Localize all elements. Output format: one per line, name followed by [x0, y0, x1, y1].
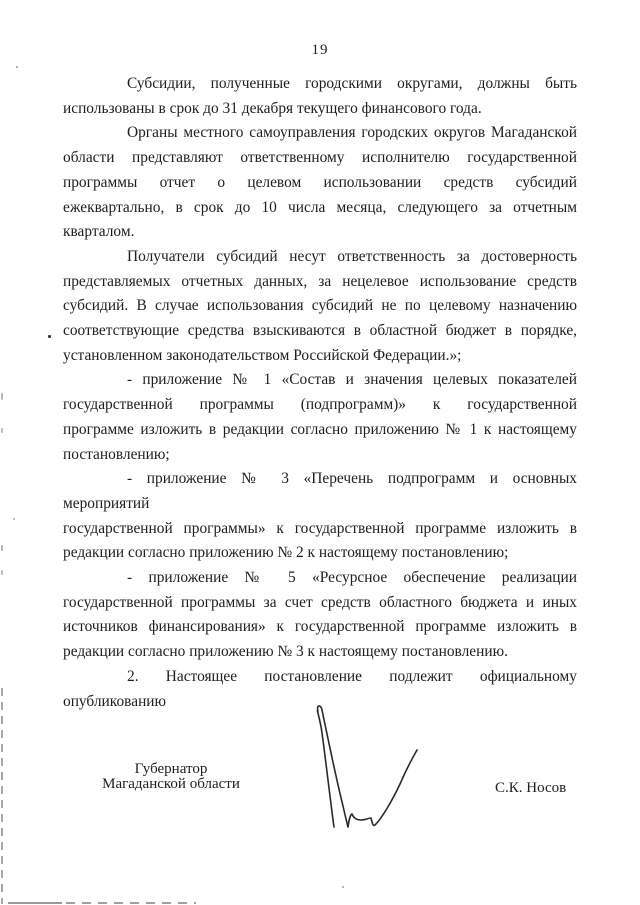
signatory-title: Губернатор Магаданской области — [91, 762, 251, 791]
signatory-title-line2: Магаданской области — [91, 777, 251, 792]
paragraph-line: государственной программы (подпрограмм)»… — [63, 393, 577, 418]
signatory-name: С.К. Носов — [495, 780, 566, 796]
scan-artifact-speck — [48, 335, 51, 338]
paragraph-line: постановлению; — [63, 443, 577, 468]
paragraph-line: - приложение № 3 «Перечень подпрограмм и… — [63, 467, 577, 516]
paragraph-line: установленном законодательством Российск… — [63, 344, 577, 369]
page-number: 19 — [0, 42, 640, 59]
scan-artifact-speck — [1, 570, 3, 575]
document-page: 19 Субсидии, полученные городскими округ… — [0, 0, 640, 905]
paragraph-line: кварталом. — [63, 220, 577, 245]
paragraph-line: - приложение № 5 «Ресурсное обеспечение … — [63, 566, 577, 591]
document-body: Субсидии, полученные городскими округами… — [63, 72, 577, 714]
paragraph-line: государственной программы за счет средст… — [63, 591, 577, 616]
scan-artifact-speck — [1, 393, 3, 400]
paragraph-line: субсидий. В случае использования субсиди… — [63, 294, 577, 319]
paragraph-line: программы отчет о целевом использовании … — [63, 171, 577, 196]
scan-artifact-speck — [342, 886, 344, 888]
scan-artifact-speck — [1, 428, 3, 433]
scan-artifact-bottom-line — [8, 902, 62, 904]
paragraph-line: Субсидии, полученные городскими округами… — [63, 72, 577, 97]
paragraph-line: 2. Настоящее постановление подлежит офиц… — [63, 665, 577, 690]
scan-artifact-speck — [16, 66, 18, 68]
paragraph-line: редакции согласно приложению № 2 к насто… — [63, 541, 577, 566]
scan-artifact-left-edge-line — [1, 688, 3, 904]
paragraph-line: Получатели субсидий несут ответственност… — [63, 245, 577, 270]
scan-artifact-speck — [1, 545, 3, 551]
paragraph-line: области представляют ответственному испо… — [63, 146, 577, 171]
paragraph-line: программе изложить в редакции согласно п… — [63, 418, 577, 443]
paragraph-line: использованы в срок до 31 декабря текуще… — [63, 97, 577, 122]
paragraph-line: государственной программы» к государстве… — [63, 517, 577, 542]
paragraph-line: - приложение № 1 «Состав и значения целе… — [63, 368, 577, 393]
paragraph-line: представляемых отчетных данных, за нецел… — [63, 270, 577, 295]
scan-artifact-bottom-dashes — [66, 902, 196, 904]
paragraph-line: соответствующие средства взыскиваются в … — [63, 319, 577, 344]
scan-artifact-speck — [13, 518, 15, 520]
signatory-title-line1: Губернатор — [91, 762, 251, 777]
paragraph-line: ежеквартально, в срок до 10 числа месяца… — [63, 196, 577, 221]
paragraph-line: Органы местного самоуправления городских… — [63, 121, 577, 146]
paragraph-line: источников финансирования» к государстве… — [63, 615, 577, 640]
paragraph-line: редакции согласно приложению № 3 к насто… — [63, 640, 577, 665]
handwritten-signature — [310, 700, 425, 835]
